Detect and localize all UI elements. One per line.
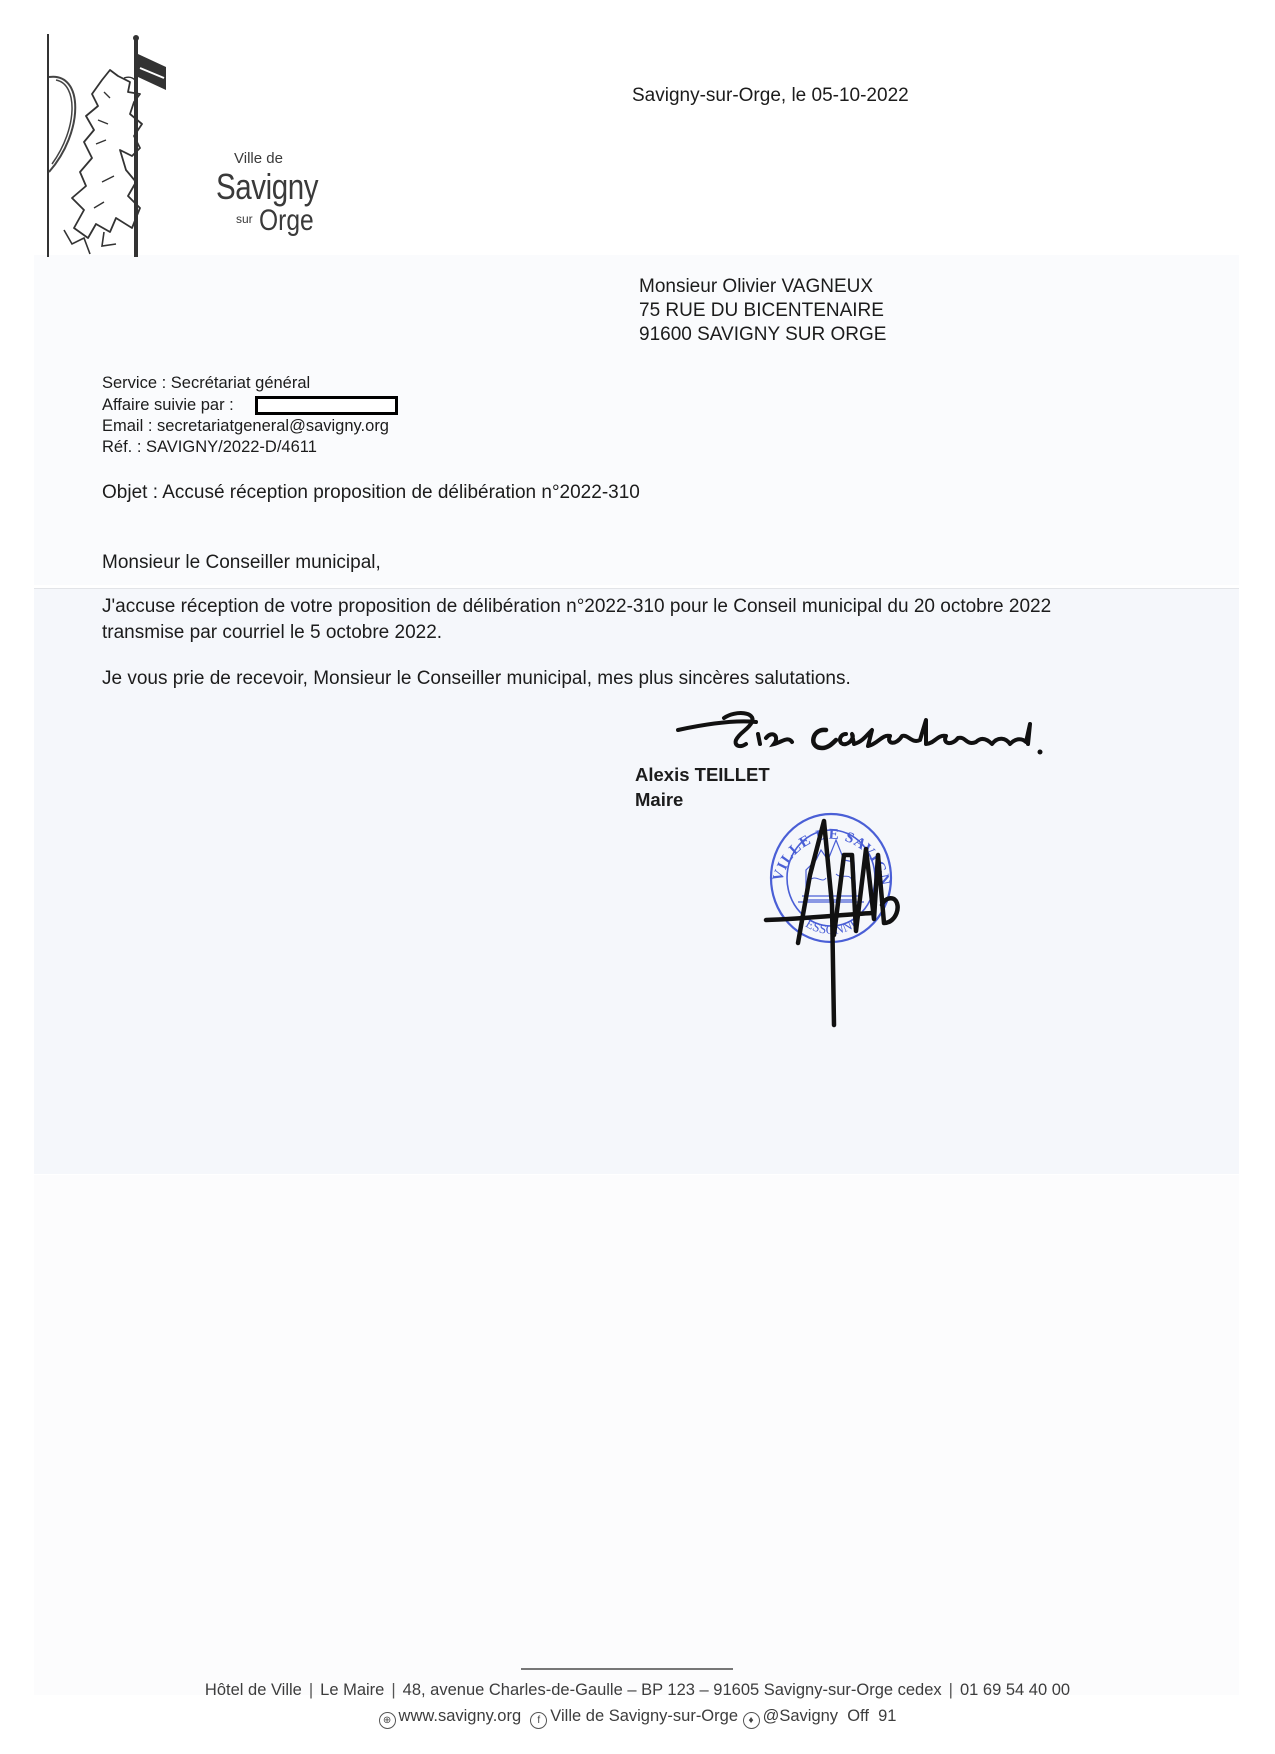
logo-text-sur: sur: [236, 212, 253, 226]
footer-phone: 01 69 54 40 00: [960, 1681, 1070, 1699]
footer-facebook: Ville de Savigny-sur-Orge: [550, 1707, 738, 1725]
twitter-icon: ♦: [743, 1712, 760, 1729]
footer-address: 48, avenue Charles-de-Gaulle – BP 123 – …: [403, 1681, 942, 1699]
service-line: Service : Secrétariat général: [102, 374, 310, 393]
footer-twitter: @Savigny Off 91: [763, 1707, 897, 1725]
footer-separator: |: [309, 1681, 313, 1699]
lion-with-banner-icon: [44, 32, 294, 260]
city-logo: Ville de Savigny sur Orge: [44, 32, 294, 260]
email-line: Email : secretariatgeneral@savigny.org: [102, 417, 389, 436]
paper-background: [34, 1175, 1239, 1695]
subject-line: Objet : Accusé réception proposition de …: [102, 482, 640, 504]
salutation: Monsieur le Conseiller municipal,: [102, 552, 381, 574]
footer-separator: |: [949, 1681, 953, 1699]
footer-divider: [521, 1668, 733, 1670]
signatory-name: Alexis TEILLET: [635, 764, 770, 786]
logo-text-orge: Orge: [259, 204, 314, 238]
affaire-suivie-label: Affaire suivie par :: [102, 396, 234, 415]
redacted-name-box: [255, 396, 398, 415]
footer-le-maire: Le Maire: [320, 1681, 384, 1699]
signatory-title: Maire: [635, 789, 683, 811]
handwritten-closing: Bien cordialement.: [676, 700, 1096, 760]
footer-separator: |: [391, 1681, 395, 1699]
mayor-signature: [760, 815, 980, 1030]
footer-website: www.savigny.org: [399, 1707, 522, 1725]
body-paragraph-line-2: transmise par courriel le 5 octobre 2022…: [102, 622, 442, 644]
closing-formula: Je vous prie de recevoir, Monsieur le Co…: [102, 668, 851, 690]
body-paragraph-line-1: J'accuse réception de votre proposition …: [102, 596, 1051, 618]
footer-contact-line: ⊕www.savigny.org fVille de Savigny-sur-O…: [0, 1707, 1275, 1729]
facebook-icon: f: [530, 1712, 547, 1729]
logo-text-ville-de: Ville de: [234, 150, 283, 167]
logo-text-savigny: Savigny: [216, 166, 318, 208]
recipient-city: 91600 SAVIGNY SUR ORGE: [639, 324, 886, 346]
recipient-street: 75 RUE DU BICENTENAIRE: [639, 300, 884, 322]
recipient-name: Monsieur Olivier VAGNEUX: [639, 276, 873, 298]
footer-hotel-de-ville: Hôtel de Ville: [205, 1681, 302, 1699]
footer-address-line: Hôtel de Ville|Le Maire|48, avenue Charl…: [0, 1681, 1275, 1700]
date-line: Savigny-sur-Orge, le 05-10-2022: [632, 85, 909, 107]
reference-line: Réf. : SAVIGNY/2022-D/4611: [102, 438, 317, 457]
globe-icon: ⊕: [379, 1712, 396, 1729]
